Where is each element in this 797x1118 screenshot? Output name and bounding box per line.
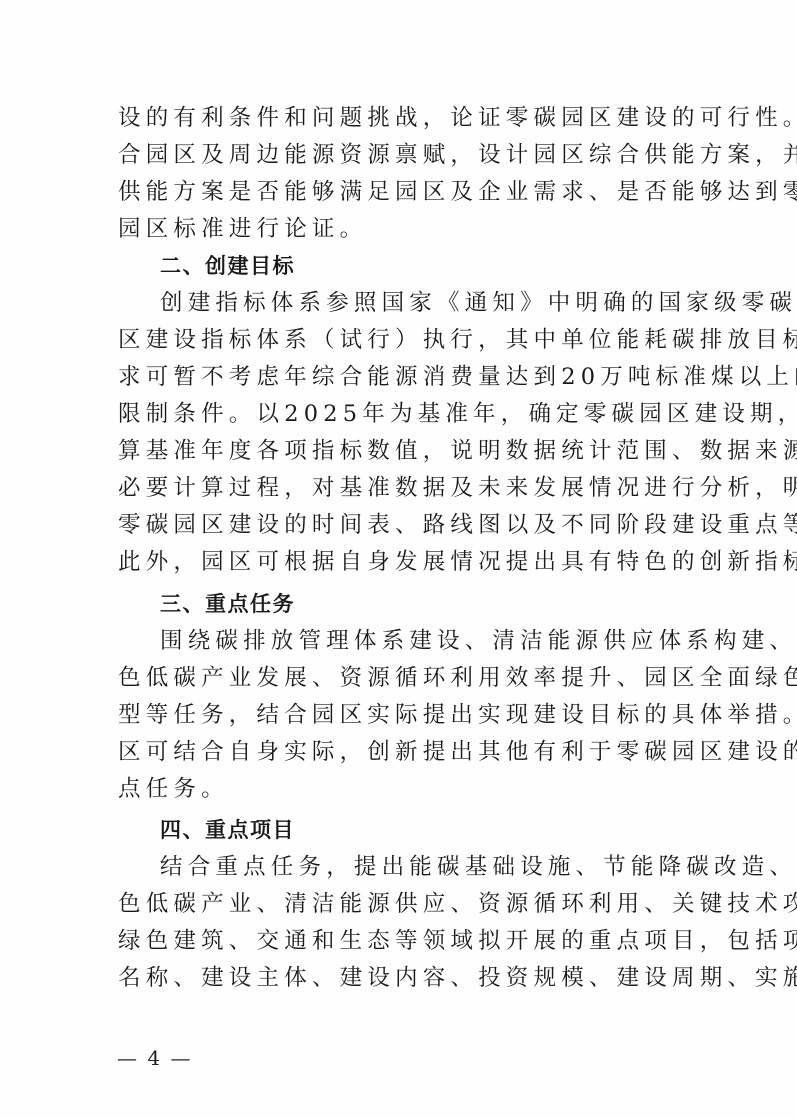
body-line: 创建指标体系参照国家《通知》中明确的国家级零碳园 bbox=[160, 288, 680, 318]
section-heading-projects: 四、重点项目 bbox=[160, 815, 720, 845]
body-line: 零碳园区建设的时间表、路线图以及不同阶段建设重点等。 bbox=[118, 510, 678, 540]
body-line: 算基准年度各项指标数值，说明数据统计范围、数据来源及 bbox=[118, 436, 678, 466]
body-line: 园区标准进行论证。 bbox=[118, 214, 678, 244]
body-line: 型等任务，结合园区实际提出实现建设目标的具体举措。园 bbox=[118, 700, 678, 730]
body-line: 合园区及周边能源资源禀赋，设计园区综合供能方案，并对 bbox=[118, 140, 678, 170]
body-line: 绿色建筑、交通和生态等领域拟开展的重点项目，包括项目 bbox=[118, 926, 678, 956]
section-heading-goals: 二、创建目标 bbox=[160, 251, 720, 281]
body-line: 名称、建设主体、建设内容、投资规模、建设周期、实施计 bbox=[118, 963, 678, 993]
body-line: 求可暂不考虑年综合能源消费量达到20万吨标准煤以上的 bbox=[118, 362, 678, 392]
section-heading-tasks: 三、重点任务 bbox=[160, 589, 720, 619]
body-line: 限制条件。以2025年为基准年，确定零碳园区建设期，计 bbox=[118, 399, 678, 429]
body-line: 点任务。 bbox=[118, 774, 678, 804]
body-line: 结合重点任务，提出能碳基础设施、节能降碳改造、绿 bbox=[160, 852, 680, 882]
page-number: — 4 — bbox=[117, 1045, 192, 1071]
document-page: 设的有利条件和问题挑战，论证零碳园区建设的可行性。结 合园区及周边能源资源禀赋，… bbox=[0, 0, 797, 1118]
body-line: 设的有利条件和问题挑战，论证零碳园区建设的可行性。结 bbox=[118, 103, 678, 133]
body-line: 必要计算过程，对基准数据及未来发展情况进行分析，明确 bbox=[118, 473, 678, 503]
body-line: 此外，园区可根据自身发展情况提出具有特色的创新指标。 bbox=[118, 547, 678, 577]
body-line: 区建设指标体系（试行）执行，其中单位能耗碳排放目标要 bbox=[118, 325, 678, 355]
body-line: 区可结合自身实际，创新提出其他有利于零碳园区建设的重 bbox=[118, 737, 678, 767]
body-line: 围绕碳排放管理体系建设、清洁能源供应体系构建、绿 bbox=[160, 626, 680, 656]
body-line: 色低碳产业、清洁能源供应、资源循环利用、关键技术攻关、 bbox=[118, 889, 678, 919]
body-line: 供能方案是否能够满足园区及企业需求、是否能够达到零碳 bbox=[118, 177, 678, 207]
body-line: 色低碳产业发展、资源循环利用效率提升、园区全面绿色转 bbox=[118, 663, 678, 693]
